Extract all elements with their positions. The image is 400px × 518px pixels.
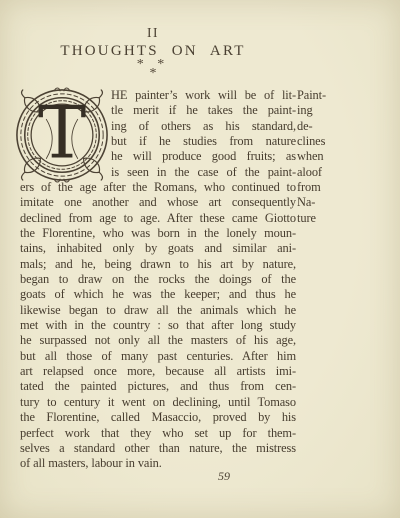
text-line: ture bbox=[297, 211, 367, 226]
text-line: Paint- bbox=[297, 88, 367, 103]
text-line: met with in the country : so that after … bbox=[20, 318, 296, 333]
text-line: de- bbox=[297, 119, 367, 134]
text-line: the Florentine, who was born in the lone… bbox=[20, 226, 296, 241]
text-line: ing bbox=[297, 103, 367, 118]
text-line: he will produce good fruits; as bbox=[111, 149, 296, 164]
text-line: art relapsed once more, because all arti… bbox=[20, 364, 296, 379]
text-line: when bbox=[297, 149, 367, 164]
book-page: II THOUGHTS ON ART * * * T HE painter’s … bbox=[0, 0, 400, 518]
text-line: aloof bbox=[297, 165, 367, 180]
margin-note: Paint-ingde-clineswhenalooffromNa-ture bbox=[297, 88, 367, 226]
text-line: perfect work that they who set up for th… bbox=[20, 426, 296, 441]
asterisk-ornament: * * * bbox=[0, 60, 306, 78]
text-line: likewise began to draw all the animals w… bbox=[20, 303, 296, 318]
text-line: tains, inhabited only by goats and simil… bbox=[20, 241, 296, 256]
text-line: from bbox=[297, 180, 367, 195]
paragraph-full-width: ers of the age after the Romans, who con… bbox=[20, 180, 296, 472]
knotwork-wreath-ornament: T bbox=[13, 86, 111, 184]
text-line: clines bbox=[297, 134, 367, 149]
text-line: HE painter’s work will be of lit- bbox=[111, 88, 296, 103]
text-line: tated the painted pictures, and thus fro… bbox=[20, 379, 296, 394]
text-line: ing of others as his standard, bbox=[111, 119, 296, 134]
chapter-number: II bbox=[0, 25, 306, 41]
text-line: but all those of many past centuries. Af… bbox=[20, 349, 296, 364]
asterisk-row-bottom: * bbox=[0, 69, 306, 78]
page-number: 59 bbox=[201, 469, 247, 484]
text-line: but if he studies from nature bbox=[111, 134, 296, 149]
text-line: ers of the age after the Romans, who con… bbox=[20, 180, 296, 195]
text-line: selves a standard other than nature, the… bbox=[20, 441, 296, 456]
text-line: is seen in the case of the paint- bbox=[111, 165, 296, 180]
drop-cap-letter: T bbox=[38, 92, 86, 176]
text-line: mals; and he, being drawn to his art by … bbox=[20, 257, 296, 272]
text-line: goats of which he was the keeper; and th… bbox=[20, 287, 296, 302]
text-line: the Florentine, called Masaccio, proved … bbox=[20, 410, 296, 425]
text-line: declined from age to age. After these ca… bbox=[20, 211, 296, 226]
text-line: he surpassed not only all the masters of… bbox=[20, 333, 296, 348]
text-line: of all masters, labour in vain. bbox=[20, 456, 296, 471]
paragraph-beside-dropcap: HE painter’s work will be of lit-tle mer… bbox=[111, 88, 296, 180]
text-line: tle merit if he takes the paint- bbox=[111, 103, 296, 118]
drop-cap-block: T bbox=[13, 86, 111, 184]
text-line: imitate one another and whose art conseq… bbox=[20, 195, 296, 210]
text-line: tury to century it went on declining, un… bbox=[20, 395, 296, 410]
text-line: Na- bbox=[297, 195, 367, 210]
text-line: began to draw on the rocks the doings of… bbox=[20, 272, 296, 287]
